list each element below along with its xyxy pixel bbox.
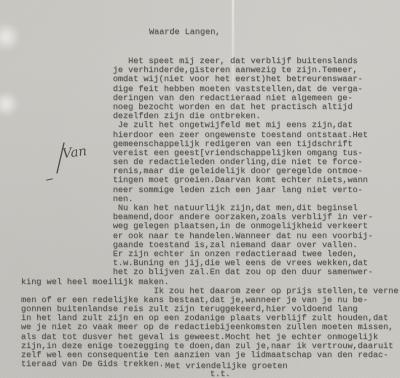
salutation: Waarde Langen, bbox=[149, 28, 220, 37]
paper-stain bbox=[0, 22, 20, 52]
letter-page: Waarde Langen, Het speet mij zeer, dat v… bbox=[0, 0, 400, 378]
margin-note-handwriting: Van bbox=[44, 139, 92, 179]
letter-body: Het speet mij zeer, dat verblijf buitens… bbox=[21, 57, 400, 369]
paper-stain bbox=[0, 90, 18, 118]
margin-note-text: Van bbox=[62, 144, 88, 162]
signoff: t.t. bbox=[210, 370, 230, 378]
